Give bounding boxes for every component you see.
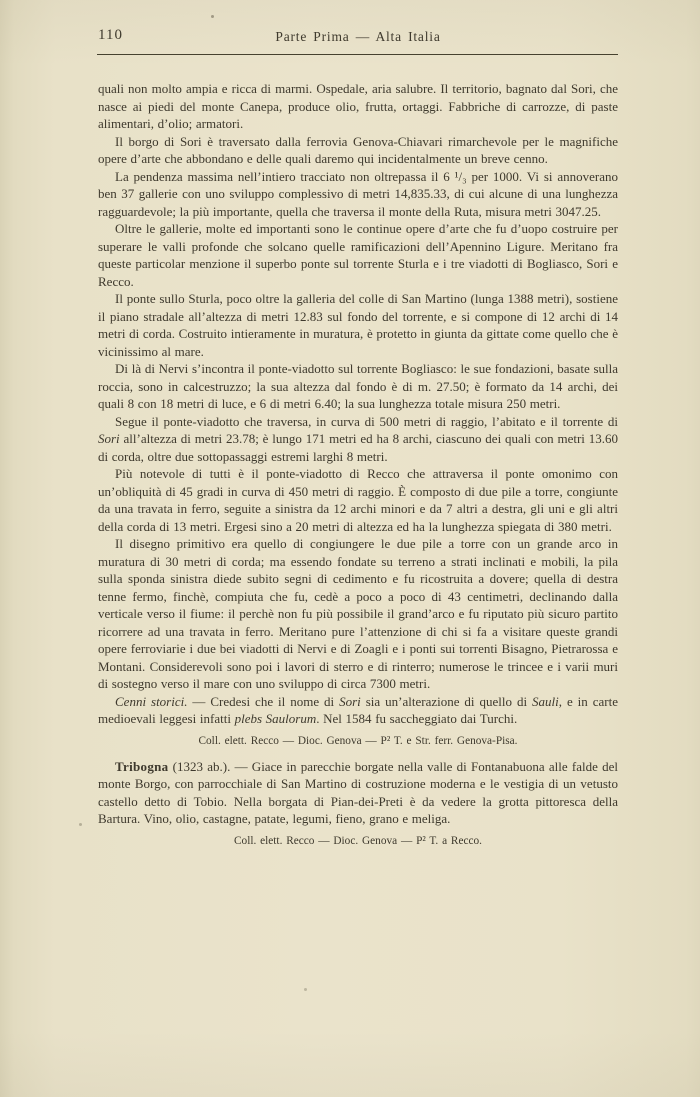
running-header: 110 Parte Prima — Alta Italia bbox=[98, 25, 618, 47]
paragraph: Più notevole di tutti è il ponte-viadott… bbox=[98, 465, 618, 535]
ink-speck bbox=[211, 15, 214, 18]
paragraph: Il borgo di Sori è traversato dalla ferr… bbox=[98, 133, 618, 168]
text-column: quali non molto ampia e ricca di marmi. … bbox=[98, 80, 618, 855]
book-page: 110 Parte Prima — Alta Italia quali non … bbox=[0, 0, 700, 1097]
paragraph: Il disegno primitivo era quello di congi… bbox=[98, 535, 618, 693]
footnote-line: Coll. elett. Recco — Dioc. Genova — P² T… bbox=[98, 834, 618, 849]
paragraph: Tribogna (1323 ab.). — Giace in parecchi… bbox=[98, 758, 618, 828]
header-rule bbox=[97, 54, 618, 55]
header-title: Parte Prima — Alta Italia bbox=[98, 29, 618, 45]
paragraph: Segue il ponte-viadotto che traversa, in… bbox=[98, 413, 618, 466]
paragraph: Di là di Nervi s’incontra il ponte-viado… bbox=[98, 360, 618, 413]
paragraph: La pendenza massima nell’intiero traccia… bbox=[98, 168, 618, 221]
ink-speck bbox=[79, 823, 82, 826]
paragraph: Oltre le gallerie, molte ed importanti s… bbox=[98, 220, 618, 290]
ink-speck bbox=[304, 988, 307, 991]
paragraph: Il ponte sullo Sturla, poco oltre la gal… bbox=[98, 290, 618, 360]
paragraph: Cenni storici. — Credesi che il nome di … bbox=[98, 693, 618, 728]
paragraph: quali non molto ampia e ricca di marmi. … bbox=[98, 80, 618, 133]
footnote-line: Coll. elett. Recco — Dioc. Genova — P² T… bbox=[98, 734, 618, 749]
